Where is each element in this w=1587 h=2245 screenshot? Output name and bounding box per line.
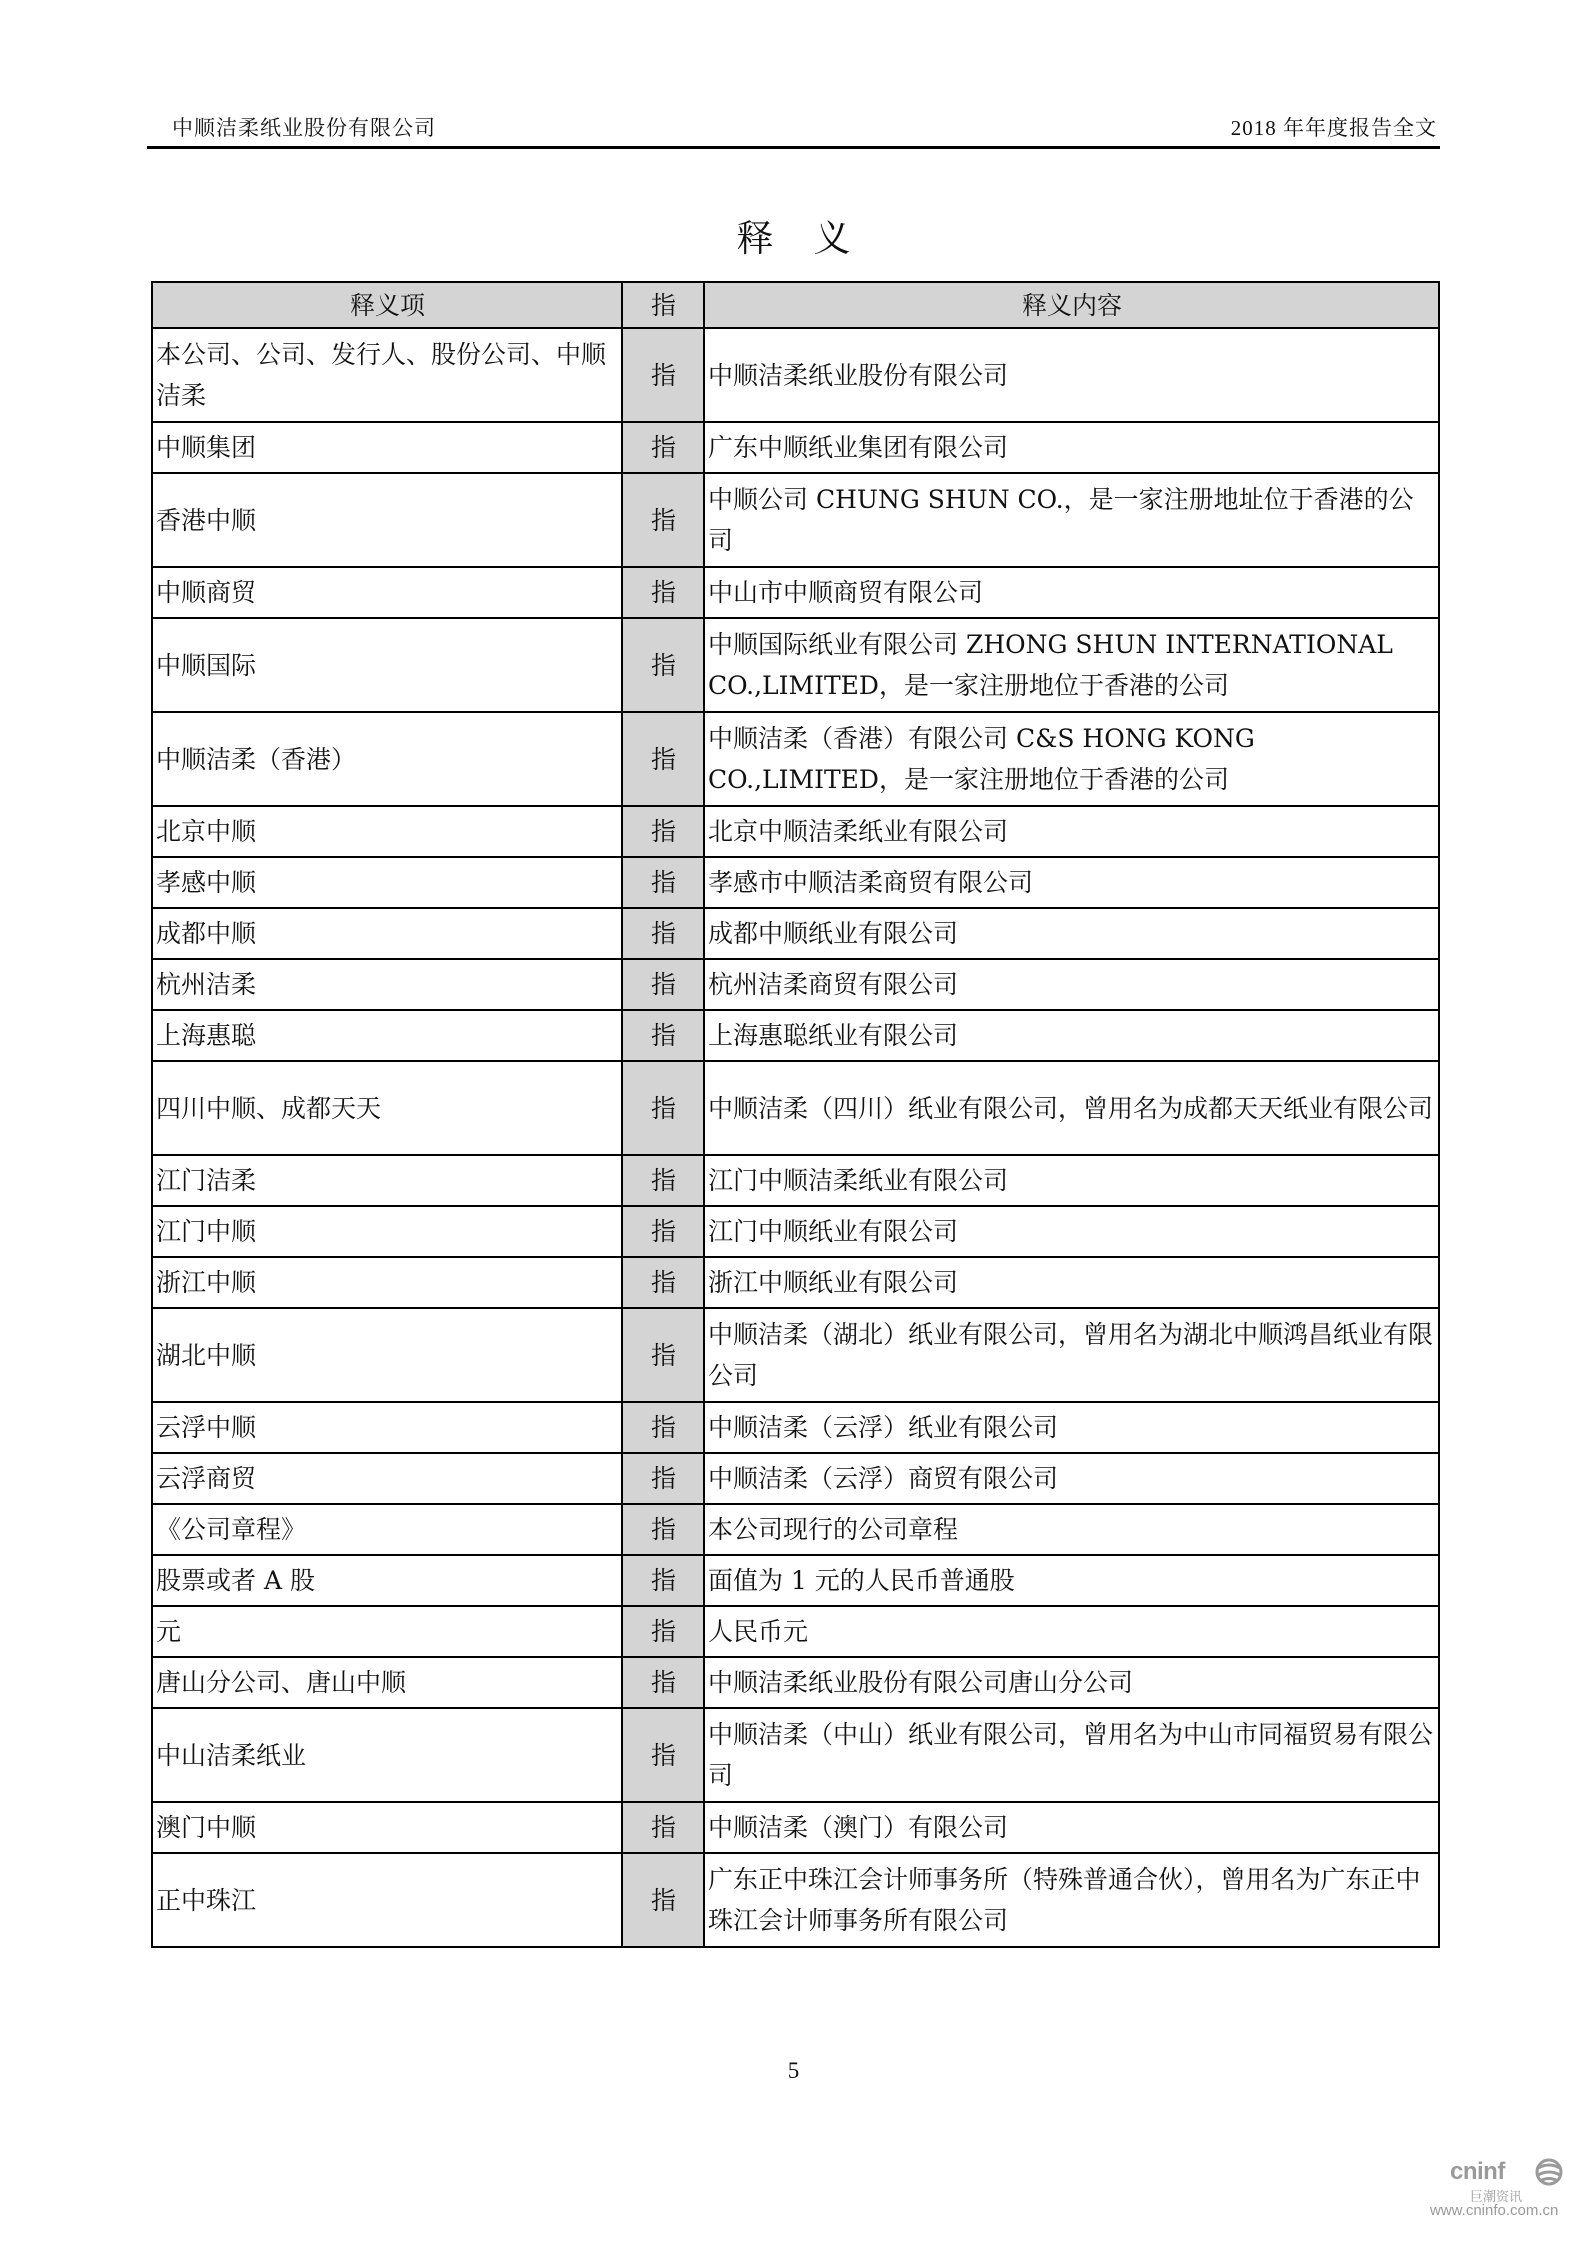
ref-cell: 指 [622,1402,704,1453]
definition-cell: 上海惠聪纸业有限公司 [704,1010,1439,1061]
ref-cell: 指 [622,1061,704,1155]
column-header-definition: 释义内容 [704,282,1439,328]
term-cell: 香港中顺 [152,473,622,567]
table-row: 股票或者 A 股指面值为 1 元的人民币普通股 [152,1555,1439,1606]
definition-cell: 浙江中顺纸业有限公司 [704,1257,1439,1308]
definition-cell: 本公司现行的公司章程 [704,1504,1439,1555]
table-row: 四川中顺、成都天天指中顺洁柔（四川）纸业有限公司，曾用名为成都天天纸业有限公司 [152,1061,1439,1155]
table-row: 杭州洁柔指杭州洁柔商贸有限公司 [152,959,1439,1010]
term-cell: 本公司、公司、发行人、股份公司、中顺洁柔 [152,328,622,422]
table-row: 中山洁柔纸业指中顺洁柔（中山）纸业有限公司，曾用名为中山市同福贸易有限公司 [152,1708,1439,1802]
term-cell: 四川中顺、成都天天 [152,1061,622,1155]
ref-cell: 指 [622,618,704,712]
definition-cell: 中顺洁柔（湖北）纸业有限公司，曾用名为湖北中顺鸿昌纸业有限公司 [704,1308,1439,1402]
ref-cell: 指 [622,908,704,959]
definition-cell: 中顺国际纸业有限公司 ZHONG SHUN INTERNATIONAL CO.,… [704,618,1439,712]
table-row: 香港中顺指中顺公司 CHUNG SHUN CO.，是一家注册地址位于香港的公司 [152,473,1439,567]
ref-cell: 指 [622,473,704,567]
table-row: 成都中顺指成都中顺纸业有限公司 [152,908,1439,959]
table-row: 正中珠江指广东正中珠江会计师事务所（特殊普通合伙），曾用名为广东正中珠江会计师事… [152,1853,1439,1947]
header-rule [147,146,1440,149]
term-cell: 云浮商贸 [152,1453,622,1504]
table-row: 唐山分公司、唐山中顺指中顺洁柔纸业股份有限公司唐山分公司 [152,1657,1439,1708]
ref-cell: 指 [622,1206,704,1257]
term-cell: 元 [152,1606,622,1657]
term-cell: 杭州洁柔 [152,959,622,1010]
ref-cell: 指 [622,567,704,618]
ref-cell: 指 [622,806,704,857]
ref-cell: 指 [622,857,704,908]
term-cell: 云浮中顺 [152,1402,622,1453]
term-cell: 江门洁柔 [152,1155,622,1206]
table-row: 浙江中顺指浙江中顺纸业有限公司 [152,1257,1439,1308]
ref-cell: 指 [622,1657,704,1708]
ref-cell: 指 [622,959,704,1010]
table-row: 中顺商贸指中山市中顺商贸有限公司 [152,567,1439,618]
table-row: 元指人民币元 [152,1606,1439,1657]
term-cell: 中顺集团 [152,422,622,473]
term-cell: 中顺国际 [152,618,622,712]
ref-cell: 指 [622,1555,704,1606]
definition-cell: 中顺洁柔纸业股份有限公司唐山分公司 [704,1657,1439,1708]
term-cell: 唐山分公司、唐山中顺 [152,1657,622,1708]
ref-cell: 指 [622,328,704,422]
cninfo-globe-icon [1534,2158,1564,2186]
definition-cell: 北京中顺洁柔纸业有限公司 [704,806,1439,857]
table-row: 本公司、公司、发行人、股份公司、中顺洁柔指中顺洁柔纸业股份有限公司 [152,328,1439,422]
definition-cell: 中顺洁柔（香港）有限公司 C&S HONG KONG CO.,LIMITED，是… [704,712,1439,806]
ref-cell: 指 [622,1802,704,1853]
definition-cell: 中顺洁柔（云浮）纸业有限公司 [704,1402,1439,1453]
ref-cell: 指 [622,1010,704,1061]
term-cell: 股票或者 A 股 [152,1555,622,1606]
table-row: 孝感中顺指孝感市中顺洁柔商贸有限公司 [152,857,1439,908]
cninfo-watermark: cninf 巨潮资讯 www.cninfo.com.cn [1430,2158,1585,2228]
table-row: 中顺洁柔（香港）指中顺洁柔（香港）有限公司 C&S HONG KONG CO.,… [152,712,1439,806]
ref-cell: 指 [622,1504,704,1555]
table-row: 云浮中顺指中顺洁柔（云浮）纸业有限公司 [152,1402,1439,1453]
term-cell: 中顺洁柔（香港） [152,712,622,806]
header-report-title: 2018 年年度报告全文 [1231,112,1437,142]
definition-cell: 江门中顺纸业有限公司 [704,1206,1439,1257]
term-cell: 浙江中顺 [152,1257,622,1308]
term-cell: 江门中顺 [152,1206,622,1257]
term-cell: 孝感中顺 [152,857,622,908]
definition-cell: 中顺洁柔（中山）纸业有限公司，曾用名为中山市同福贸易有限公司 [704,1708,1439,1802]
table-row: 江门中顺指江门中顺纸业有限公司 [152,1206,1439,1257]
ref-cell: 指 [622,1606,704,1657]
ref-cell: 指 [622,1853,704,1947]
term-cell: 湖北中顺 [152,1308,622,1402]
cninfo-brand-text: cninf [1450,2158,1505,2186]
table-row: 云浮商贸指中顺洁柔（云浮）商贸有限公司 [152,1453,1439,1504]
definition-cell: 中山市中顺商贸有限公司 [704,567,1439,618]
table-row: 湖北中顺指中顺洁柔（湖北）纸业有限公司，曾用名为湖北中顺鸿昌纸业有限公司 [152,1308,1439,1402]
definition-cell: 中顺洁柔（澳门）有限公司 [704,1802,1439,1853]
term-cell: 中顺商贸 [152,567,622,618]
definition-cell: 广东中顺纸业集团有限公司 [704,422,1439,473]
definition-cell: 江门中顺洁柔纸业有限公司 [704,1155,1439,1206]
table-row: 澳门中顺指中顺洁柔（澳门）有限公司 [152,1802,1439,1853]
ref-cell: 指 [622,422,704,473]
definitions-table: 释义项 指 释义内容 本公司、公司、发行人、股份公司、中顺洁柔指中顺洁柔纸业股份… [151,281,1440,1948]
definition-cell: 中顺洁柔纸业股份有限公司 [704,328,1439,422]
definition-cell: 中顺洁柔（云浮）商贸有限公司 [704,1453,1439,1504]
term-cell: 上海惠聪 [152,1010,622,1061]
ref-cell: 指 [622,1708,704,1802]
definitions-table-body: 本公司、公司、发行人、股份公司、中顺洁柔指中顺洁柔纸业股份有限公司中顺集团指广东… [152,328,1439,1947]
ref-cell: 指 [622,1308,704,1402]
page-title: 释义 [0,208,1587,262]
column-header-term: 释义项 [152,282,622,328]
term-cell: 北京中顺 [152,806,622,857]
definition-cell: 中顺洁柔（四川）纸业有限公司，曾用名为成都天天纸业有限公司 [704,1061,1439,1155]
column-header-ref: 指 [622,282,704,328]
definition-cell: 成都中顺纸业有限公司 [704,908,1439,959]
term-cell: 《公司章程》 [152,1504,622,1555]
definition-cell: 面值为 1 元的人民币普通股 [704,1555,1439,1606]
table-row: 中顺国际指中顺国际纸业有限公司 ZHONG SHUN INTERNATIONAL… [152,618,1439,712]
term-cell: 澳门中顺 [152,1802,622,1853]
definition-cell: 杭州洁柔商贸有限公司 [704,959,1439,1010]
table-row: 《公司章程》指本公司现行的公司章程 [152,1504,1439,1555]
definition-cell: 人民币元 [704,1606,1439,1657]
table-row: 上海惠聪指上海惠聪纸业有限公司 [152,1010,1439,1061]
ref-cell: 指 [622,1257,704,1308]
term-cell: 中山洁柔纸业 [152,1708,622,1802]
ref-cell: 指 [622,712,704,806]
table-row: 北京中顺指北京中顺洁柔纸业有限公司 [152,806,1439,857]
table-row: 中顺集团指广东中顺纸业集团有限公司 [152,422,1439,473]
cninfo-url: www.cninfo.com.cn [1430,2202,1558,2219]
ref-cell: 指 [622,1155,704,1206]
page-number: 5 [0,2058,1587,2084]
definition-cell: 孝感市中顺洁柔商贸有限公司 [704,857,1439,908]
term-cell: 成都中顺 [152,908,622,959]
definition-cell: 中顺公司 CHUNG SHUN CO.，是一家注册地址位于香港的公司 [704,473,1439,567]
ref-cell: 指 [622,1453,704,1504]
table-header-row: 释义项 指 释义内容 [152,282,1439,328]
term-cell: 正中珠江 [152,1853,622,1947]
table-row: 江门洁柔指江门中顺洁柔纸业有限公司 [152,1155,1439,1206]
header-company-name: 中顺洁柔纸业股份有限公司 [172,112,436,142]
definition-cell: 广东正中珠江会计师事务所（特殊普通合伙），曾用名为广东正中珠江会计师事务所有限公… [704,1853,1439,1947]
